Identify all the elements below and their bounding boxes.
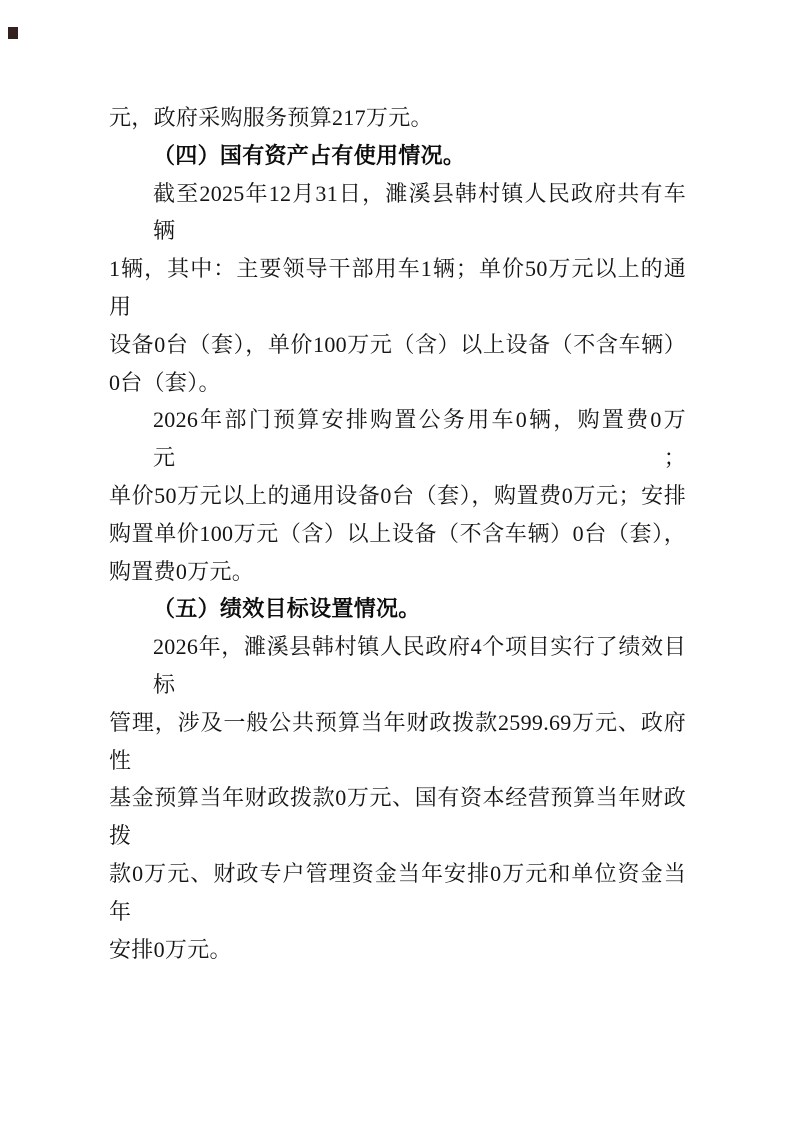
- section-heading: （四）国有资产占有使用情况。: [109, 137, 686, 175]
- text-line: 购置费0万元。: [109, 553, 686, 591]
- body-paragraph: 元，政府采购服务预算217万元。: [109, 99, 686, 137]
- document-body: 元，政府采购服务预算217万元。（四）国有资产占有使用情况。截至2025年12月…: [109, 99, 686, 968]
- text-line: （五）绩效目标设置情况。: [109, 590, 686, 628]
- body-paragraph: 2026年部门预算安排购置公务用车0辆，购置费0万元；单价50万元以上的通用设备…: [109, 401, 686, 590]
- text-line: 安排0万元。: [109, 931, 686, 969]
- text-line: 基金预算当年财政拨款0万元、国有资本经营预算当年财政拨: [109, 779, 686, 855]
- section-heading: （五）绩效目标设置情况。: [109, 590, 686, 628]
- text-line: 款0万元、财政专户管理资金当年安排0万元和单位资金当年: [109, 855, 686, 931]
- text-line: 1辆，其中：主要领导干部用车1辆；单价50万元以上的通用: [109, 250, 686, 326]
- corner-artifact-mark: [8, 27, 18, 39]
- text-line: 截至2025年12月31日，濉溪县韩村镇人民政府共有车辆: [109, 175, 686, 251]
- text-line: 2026年部门预算安排购置公务用车0辆，购置费0万元；: [109, 401, 686, 477]
- text-line: 元，政府采购服务预算217万元。: [109, 99, 686, 137]
- text-line: 2026年，濉溪县韩村镇人民政府4个项目实行了绩效目标: [109, 628, 686, 704]
- text-line: （四）国有资产占有使用情况。: [109, 137, 686, 175]
- text-line: 单价50万元以上的通用设备0台（套），购置费0万元；安排: [109, 477, 686, 515]
- text-line: 设备0台（套），单价100万元（含）以上设备（不含车辆）: [109, 326, 686, 364]
- document-page: 元，政府采购服务预算217万元。（四）国有资产占有使用情况。截至2025年12月…: [0, 0, 793, 1122]
- text-line: 管理，涉及一般公共预算当年财政拨款2599.69万元、政府性: [109, 704, 686, 780]
- body-paragraph: 截至2025年12月31日，濉溪县韩村镇人民政府共有车辆1辆，其中：主要领导干部…: [109, 175, 686, 402]
- body-paragraph: 2026年，濉溪县韩村镇人民政府4个项目实行了绩效目标管理，涉及一般公共预算当年…: [109, 628, 686, 968]
- text-line: 0台（套）。: [109, 364, 686, 402]
- text-line: 购置单价100万元（含）以上设备（不含车辆）0台（套），: [109, 515, 686, 553]
